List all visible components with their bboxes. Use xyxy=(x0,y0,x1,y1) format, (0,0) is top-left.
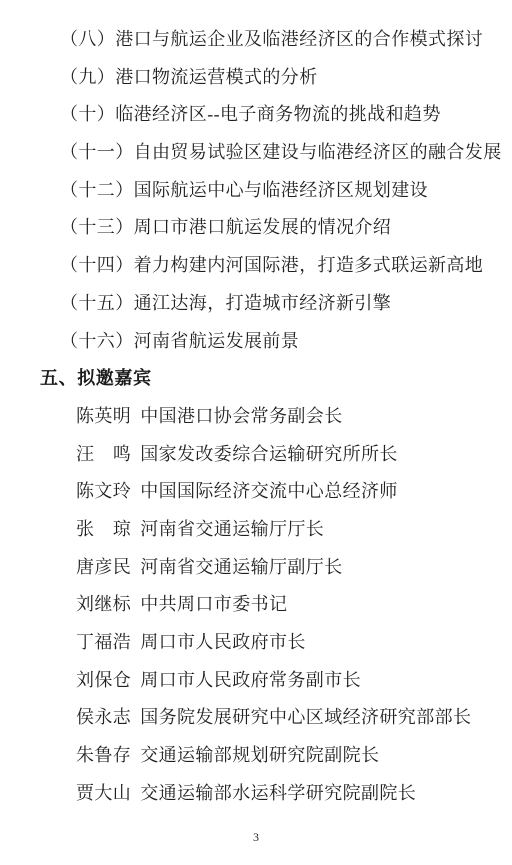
guest-item: 张 琼河南省交通运输厅厅长 xyxy=(76,511,512,549)
guest-item: 朱鲁存交通运输部规划研究院副院长 xyxy=(76,737,512,775)
guest-name: 唐彦民 xyxy=(76,549,131,587)
page-footer: 3 xyxy=(0,828,512,846)
guest-title: 中国港口协会常务副会长 xyxy=(140,406,342,426)
guest-name: 朱鲁存 xyxy=(76,737,131,775)
topic-item: （八）港口与航运企业及临港经济区的合作模式探讨 xyxy=(60,21,512,59)
guest-title: 中国国际经济交流中心总经济师 xyxy=(140,481,398,501)
guest-name: 陈英明 xyxy=(76,398,131,436)
topic-item: （十四）着力构建内河国际港，打造多式联运新高地 xyxy=(60,247,512,285)
guest-item: 侯永志国务院发展研究中心区域经济研究部部长 xyxy=(76,699,512,737)
guest-name: 张 琼 xyxy=(76,511,131,549)
topic-item: （九）港口物流运营模式的分析 xyxy=(60,59,512,97)
guest-list: 陈英明中国港口协会常务副会长 汪 鸣国家发改委综合运输研究所所长 陈文玲中国国际… xyxy=(0,398,512,813)
topic-list: （八）港口与航运企业及临港经济区的合作模式探讨 （九）港口物流运营模式的分析 （… xyxy=(0,21,512,360)
topic-item: （十二）国际航运中心与临港经济区规划建设 xyxy=(60,172,512,210)
guest-name: 刘保仓 xyxy=(76,662,131,700)
guest-title: 周口市人民政府常务副市长 xyxy=(140,670,361,690)
page-number: 3 xyxy=(253,830,259,844)
topic-item: （十六）河南省航运发展前景 xyxy=(60,323,512,361)
topic-item: （十五）通江达海，打造城市经济新引擎 xyxy=(60,285,512,323)
guest-item: 陈英明中国港口协会常务副会长 xyxy=(76,398,512,436)
guest-title: 周口市人民政府市长 xyxy=(140,632,306,652)
guest-title: 交通运输部水运科学研究院副院长 xyxy=(140,783,416,803)
guest-title: 河南省交通运输厅副厅长 xyxy=(140,557,342,577)
guest-name: 陈文玲 xyxy=(76,473,131,511)
guest-name: 刘继标 xyxy=(76,586,131,624)
guest-title: 国家发改委综合运输研究所所长 xyxy=(140,444,398,464)
guest-item: 唐彦民河南省交通运输厅副厅长 xyxy=(76,549,512,587)
guest-item: 刘继标中共周口市委书记 xyxy=(76,586,512,624)
guest-item: 汪 鸣国家发改委综合运输研究所所长 xyxy=(76,436,512,474)
guest-item: 陈文玲中国国际经济交流中心总经济师 xyxy=(76,473,512,511)
document-page: （八）港口与航运企业及临港经济区的合作模式探讨 （九）港口物流运营模式的分析 （… xyxy=(0,0,512,865)
guest-name: 丁福浩 xyxy=(76,624,131,662)
guest-item: 刘保仓周口市人民政府常务副市长 xyxy=(76,662,512,700)
section-heading: 五、拟邀嘉宾 xyxy=(40,360,512,398)
guest-title: 交通运输部规划研究院副院长 xyxy=(140,745,379,765)
topic-item: （十一）自由贸易试验区建设与临港经济区的融合发展 xyxy=(60,134,512,172)
guest-item: 贾大山交通运输部水运科学研究院副院长 xyxy=(76,775,512,813)
guest-item: 丁福浩周口市人民政府市长 xyxy=(76,624,512,662)
guest-title: 国务院发展研究中心区域经济研究部部长 xyxy=(140,707,471,727)
guest-name: 汪 鸣 xyxy=(76,436,131,474)
guest-title: 中共周口市委书记 xyxy=(140,594,287,614)
topic-item: （十三）周口市港口航运发展的情况介绍 xyxy=(60,209,512,247)
guest-name: 侯永志 xyxy=(76,699,131,737)
guest-title: 河南省交通运输厅厅长 xyxy=(140,519,324,539)
topic-item: （十）临港经济区--电子商务物流的挑战和趋势 xyxy=(60,96,512,134)
guest-name: 贾大山 xyxy=(76,775,131,813)
